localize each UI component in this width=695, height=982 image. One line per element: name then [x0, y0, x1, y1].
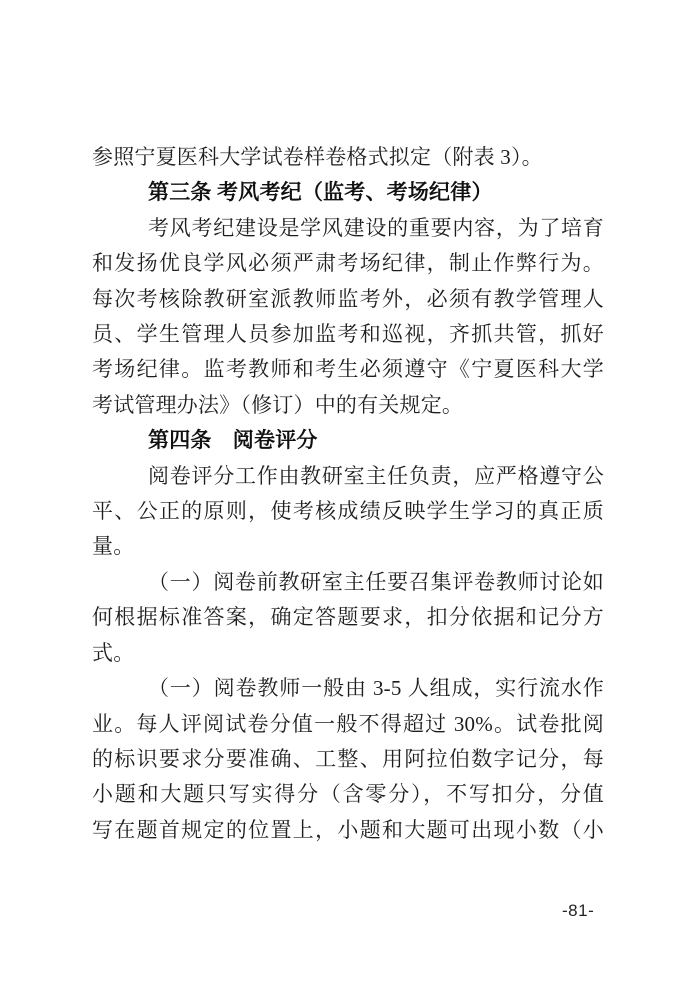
text-line: （一）阅卷前教研室主任要召集评卷教师讨论如 [92, 565, 604, 600]
text-line: 业。每人评阅试卷分值一般不得超过 30%。试卷批阅 [92, 707, 604, 742]
text-line: 平、公正的原则，使考核成绩反映学生学习的真正质 [92, 494, 604, 529]
text-line: 小题和大题只写实得分（含零分），不写扣分，分值 [92, 777, 604, 812]
document-page: 参照宁夏医科大学试卷样卷格式拟定（附表 3）。 第三条 考风考纪（监考、考场纪律… [0, 0, 695, 982]
text-line: 量。 [92, 529, 604, 564]
text-line: 参照宁夏医科大学试卷样卷格式拟定（附表 3）。 [92, 140, 604, 175]
section-heading-article-4: 第四条 阅卷评分 [92, 423, 604, 458]
text-line: 和发扬优良学风必须严肃考场纪律，制止作弊行为。 [92, 246, 604, 281]
text-line: 何根据标准答案，确定答题要求，扣分依据和记分方 [92, 600, 604, 635]
document-body: 参照宁夏医科大学试卷样卷格式拟定（附表 3）。 第三条 考风考纪（监考、考场纪律… [92, 140, 604, 848]
text-line: 写在题首规定的位置上，小题和大题可出现小数（小 [92, 813, 604, 848]
text-line: 每次考核除教研室派教师监考外，必须有教学管理人 [92, 282, 604, 317]
text-line: 考风考纪建设是学风建设的重要内容，为了培育 [92, 211, 604, 246]
text-line: （一）阅卷教师一般由 3-5 人组成，实行流水作 [92, 671, 604, 706]
text-line: 式。 [92, 636, 604, 671]
section-heading-article-3: 第三条 考风考纪（监考、考场纪律） [92, 175, 604, 210]
text-line: 考试管理办法》（修订）中的有关规定。 [92, 388, 604, 423]
text-line: 阅卷评分工作由教研室主任负责，应严格遵守公 [92, 459, 604, 494]
text-line: 员、学生管理人员参加监考和巡视，齐抓共管，抓好 [92, 317, 604, 352]
text-line: 的标识要求分要准确、工整、用阿拉伯数字记分，每 [92, 742, 604, 777]
page-number: -81- [562, 901, 594, 921]
text-line: 考场纪律。监考教师和考生必须遵守《宁夏医科大学 [92, 352, 604, 387]
